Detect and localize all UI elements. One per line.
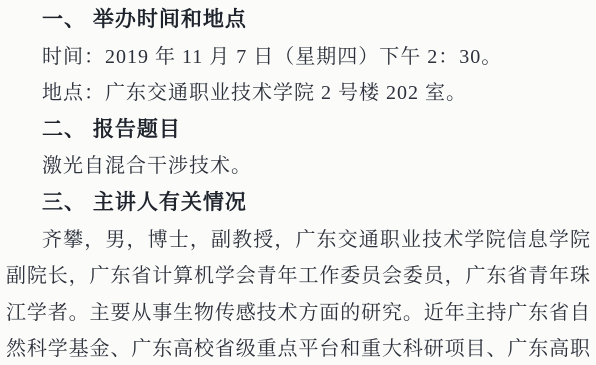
speaker-paragraph-line: 江学者。主要从事生物传感技术方面的研究。近年主持广东省自 [6, 295, 590, 332]
place-line: 地点：广东交通职业技术学院 2 号楼 202 室。 [6, 75, 590, 112]
section-2-heading: 二、 报告题目 [6, 112, 590, 149]
speaker-paragraph-line: 然科学基金、广东高校省级重点平台和重大科研项目、广东高职 [6, 331, 590, 365]
document-page: 一、 举办时间和地点 时间：2019 年 11 月 7 日（星期四）下午 2：3… [0, 0, 596, 365]
speaker-paragraph-line: 副院长，广东省计算机学会青年工作委员会委员，广东省青年珠 [6, 258, 590, 295]
time-line: 时间：2019 年 11 月 7 日（星期四）下午 2：30。 [6, 39, 590, 76]
section-3-heading: 三、 主讲人有关情况 [6, 185, 590, 222]
section-1-heading: 一、 举办时间和地点 [6, 2, 590, 39]
speaker-paragraph-line: 齐攀，男，博士，副教授，广东交通职业技术学院信息学院 [6, 222, 590, 259]
topic-line: 激光自混合干涉技术。 [6, 148, 590, 185]
